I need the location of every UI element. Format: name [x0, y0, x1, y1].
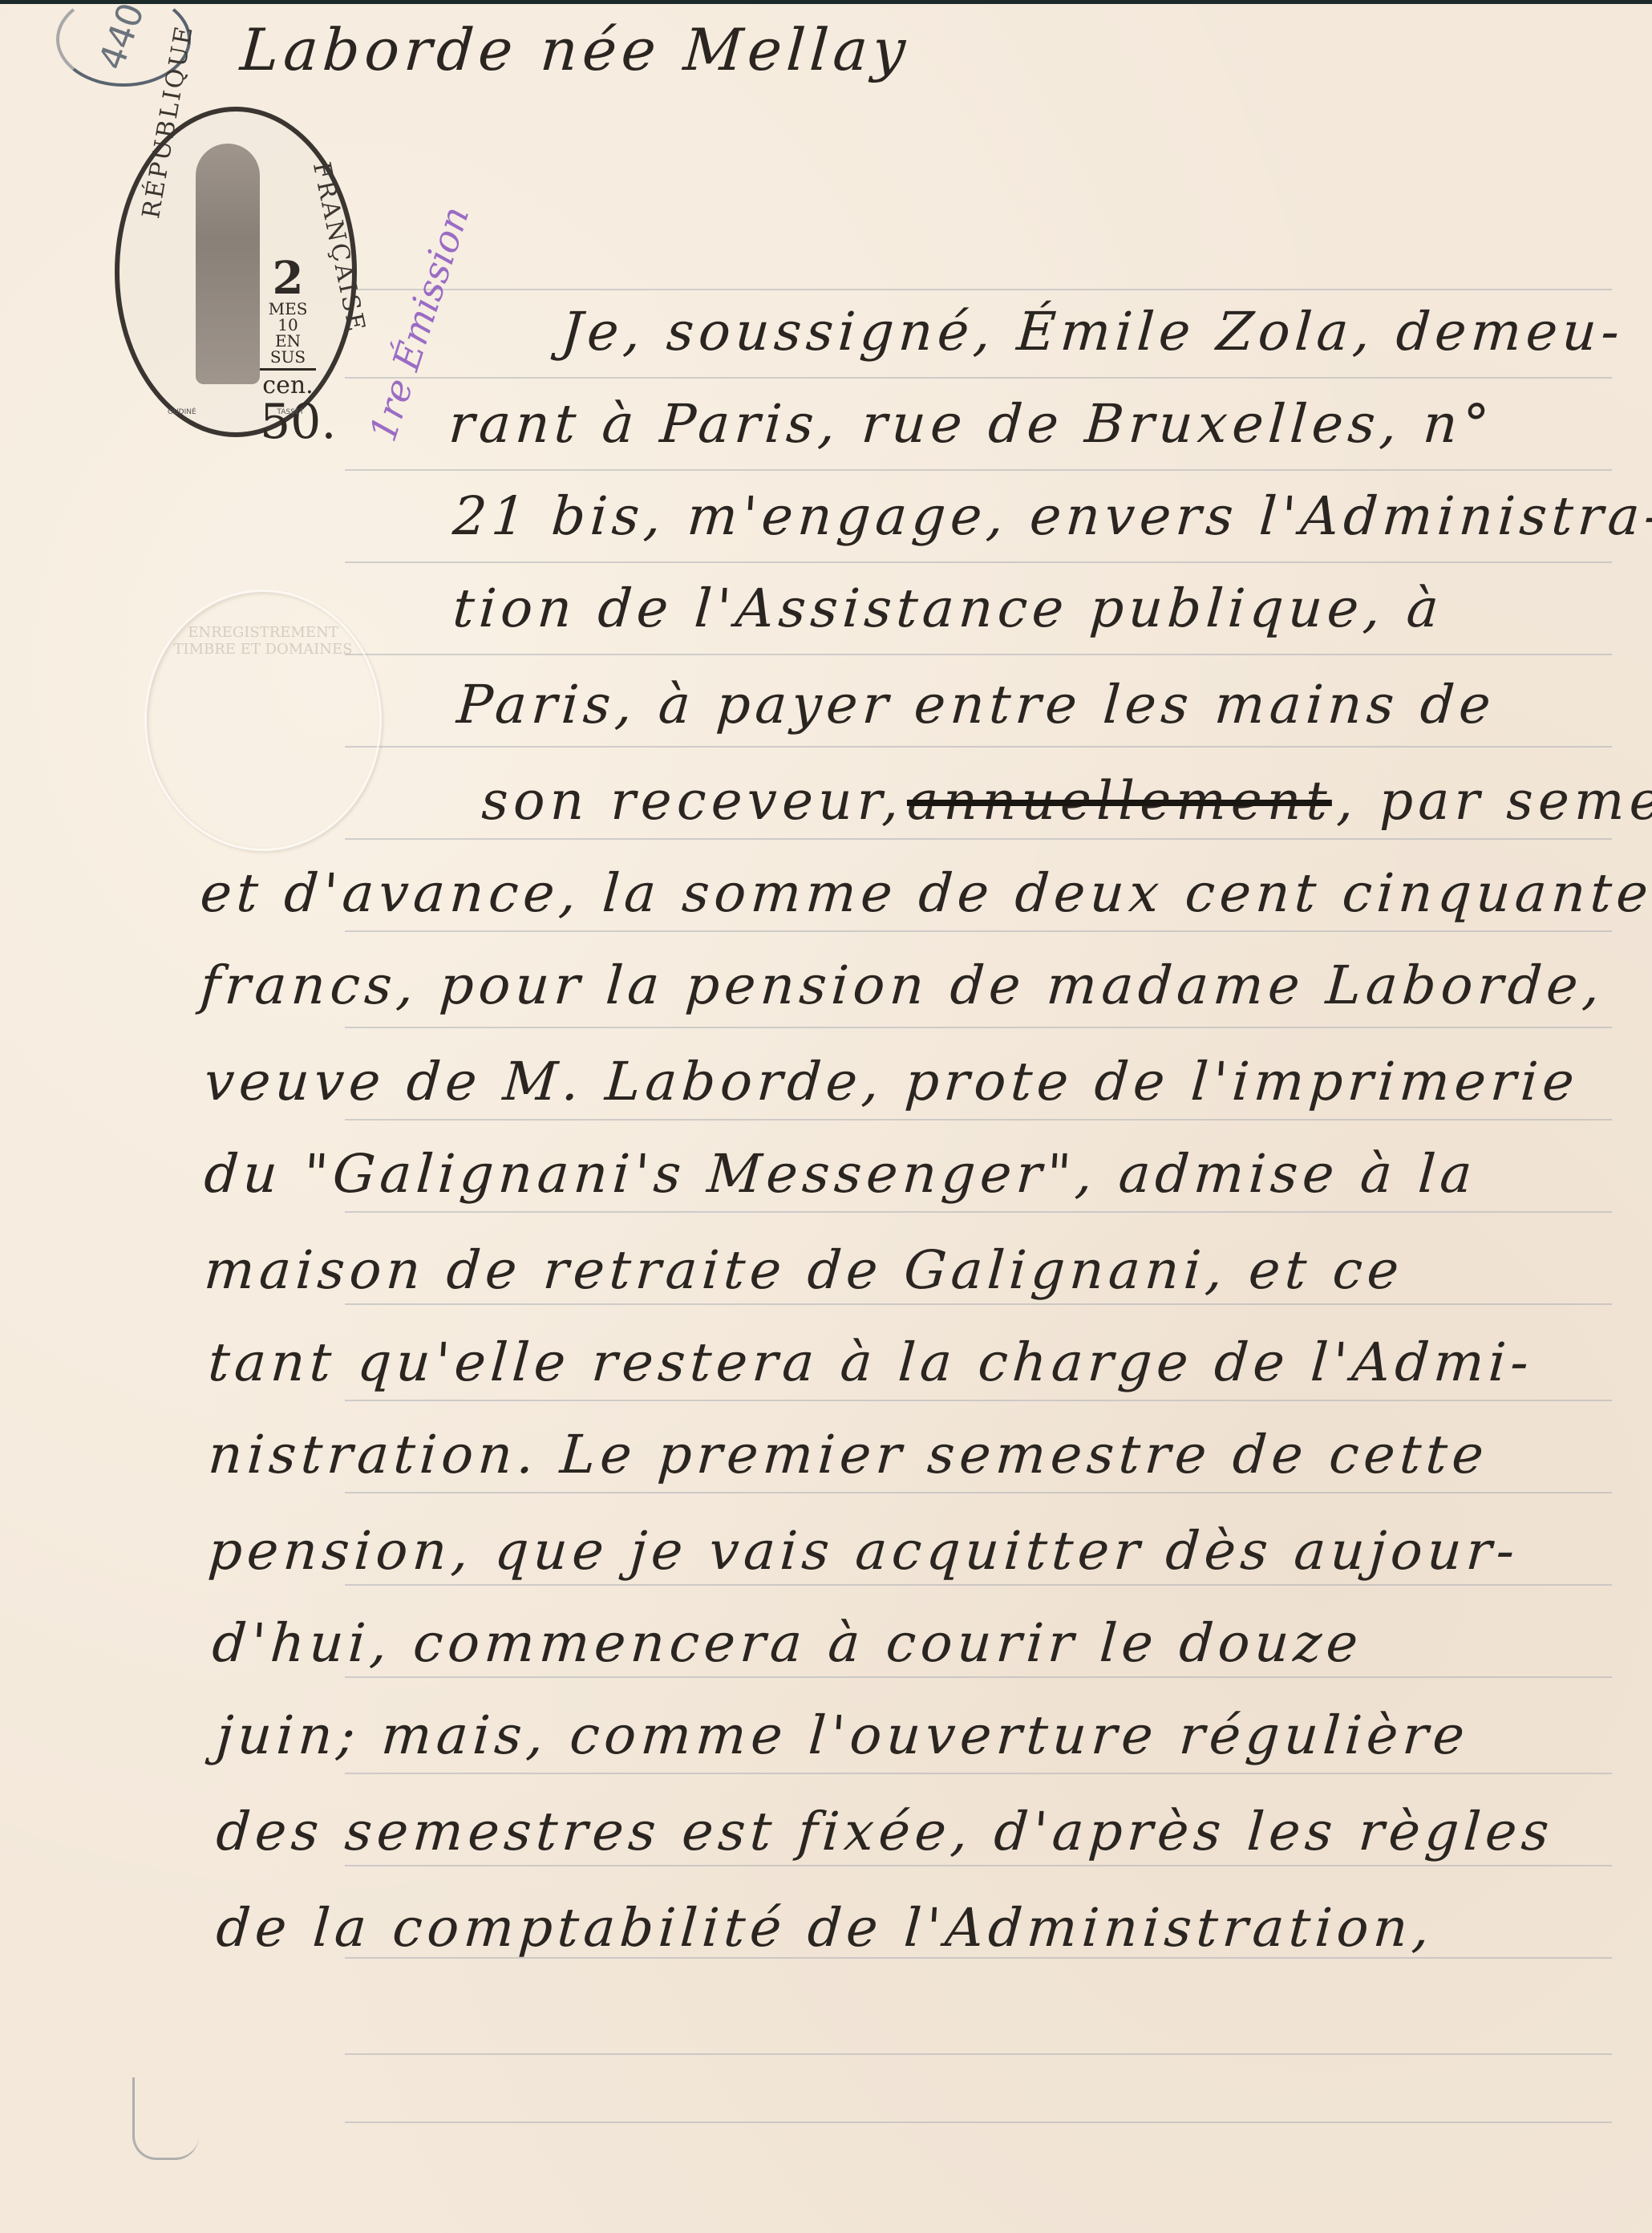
ruled-line	[345, 838, 1612, 840]
stamp-arc-right: FRANÇAISE	[307, 160, 370, 336]
letter-line: nistration. Le premier semestre de cette	[206, 1424, 1490, 1485]
ruled-line	[345, 1211, 1612, 1213]
header-note: Laborde née Mellay	[238, 16, 913, 83]
letter-paper: 440 Laborde née Mellay RÉPUBLIQUE FRANÇA…	[0, 0, 1652, 2233]
stamp-engravers: OUDINÉ TASSET	[168, 408, 304, 416]
letter-line: francs, pour la pension de madame Labord…	[198, 954, 1606, 1016]
letter-line: des semestres est fixée, d'après les règ…	[214, 1801, 1556, 1862]
embossed-seal: ENREGISTREMENT TIMBRE ET DOMAINES	[144, 590, 382, 851]
letter-line: tion de l'Assistance publique, à	[451, 577, 1445, 639]
justice-figure-icon	[196, 144, 260, 384]
revenue-stamp: RÉPUBLIQUE FRANÇAISE 2 MES 10 EN SUS cen…	[115, 107, 357, 437]
letter-line: du "Galignani's Messenger", admise à la	[202, 1143, 1479, 1205]
engraver-left: OUDINÉ	[168, 408, 196, 416]
stamp-cen-value: 50.	[260, 398, 316, 446]
letter-line: rant à Paris, rue de Bruxelles, n°	[447, 393, 1496, 455]
struck-word: annuellement	[907, 770, 1332, 832]
stamp-value-suffix: EN SUS	[260, 333, 316, 365]
stamp-value-frac-bottom: 10	[260, 317, 316, 333]
ruled-line	[345, 1584, 1612, 1586]
letter-line: Je, soussigné, Émile Zola, demeu-	[559, 301, 1626, 363]
letter-line: de la comptabilité de l'Administration,	[214, 1897, 1436, 1959]
engraver-right: TASSET	[277, 408, 304, 416]
ruled-line	[345, 1119, 1612, 1121]
letter-line: veuve de M. Laborde, prote de l'imprimer…	[202, 1051, 1581, 1112]
stamp-value: 2 MES 10 EN SUS cen. 50.	[260, 256, 316, 446]
ruled-line	[345, 654, 1612, 655]
letter-line: juin; mais, comme l'ouverture régulière	[214, 1704, 1471, 1766]
stamp-value-main: 2	[273, 252, 304, 305]
letter-line: et d'avance, la somme de deux cent cinqu…	[198, 862, 1652, 924]
ruled-line	[345, 1303, 1612, 1305]
ruled-line	[345, 561, 1612, 563]
scan-top-edge	[0, 0, 1652, 4]
letter-line: maison de retraite de Galignani, et ce	[202, 1239, 1405, 1301]
letter-line-struck: son receveur, annuellement , par semestr…	[481, 770, 1652, 832]
letter-text: son receveur,	[481, 770, 903, 832]
letter-line: tant qu'elle restera à la charge de l'Ad…	[206, 1331, 1535, 1393]
letter-line: d'hui, commencera à courir le douze	[210, 1612, 1364, 1674]
ruled-line	[345, 469, 1612, 471]
ruled-line	[345, 746, 1612, 748]
letter-text: , par semestre	[1336, 770, 1652, 832]
ruled-line	[345, 1865, 1612, 1866]
letter-line: pension, que je vais acquitter dès aujou…	[206, 1520, 1521, 1582]
ruled-line	[345, 377, 1612, 379]
ruled-line	[345, 1492, 1612, 1493]
ruled-line	[345, 2122, 1612, 2123]
ruled-line	[345, 1027, 1612, 1028]
letter-line: Paris, à payer entre les mains de	[455, 674, 1497, 736]
embossed-seal-text: ENREGISTREMENT TIMBRE ET DOMAINES	[171, 624, 355, 658]
ruled-line	[345, 289, 1612, 290]
ruled-line	[345, 2053, 1612, 2055]
ruled-line	[345, 930, 1612, 932]
ruled-line	[345, 1676, 1612, 1678]
letter-line: 21 bis, m'engage, envers l'Administra-	[451, 485, 1652, 547]
pencil-mark	[132, 2077, 199, 2160]
ruled-line	[345, 1773, 1612, 1774]
ruled-line	[345, 1400, 1612, 1401]
